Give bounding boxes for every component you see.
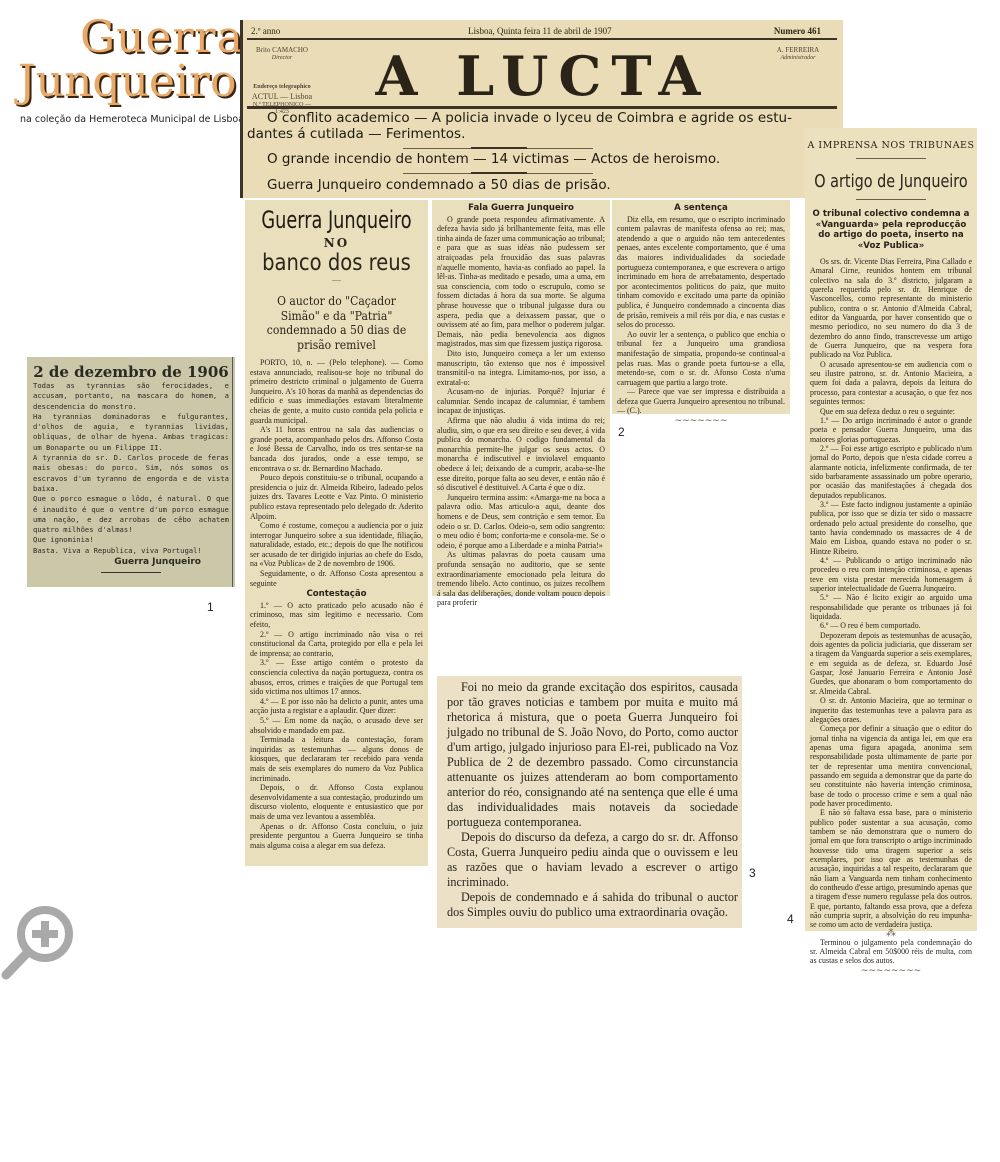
paragraph: Como é costume, começou a audiencia por … bbox=[250, 521, 423, 569]
director-name: Brito CAMACHO bbox=[249, 46, 315, 55]
clipping-2-title-banco: banco dos reus bbox=[242, 250, 432, 276]
paragraph: Acusam-no de injurias. Porquê? Injuriar … bbox=[437, 387, 605, 416]
paragraph: Afirma que não aludiu á vida intima do r… bbox=[437, 416, 605, 493]
clipping-2-column-1: Guerra Junqueiro NO banco dos reus — O a… bbox=[245, 200, 428, 866]
masthead-dateline-bar: 2.º anno Lisboa, Quinta feira 11 de abri… bbox=[243, 20, 843, 38]
paragraph: 5.º — Em nome da nação, o acusado deve s… bbox=[250, 716, 423, 735]
paragraph: O grande poeta respondeu afirmativamente… bbox=[437, 215, 605, 349]
divider: — bbox=[245, 276, 428, 284]
paragraph: A's 11 horas entrou na sala das audienci… bbox=[250, 425, 423, 473]
section-heading-fala: Fala Guerra Junqueiro bbox=[437, 204, 605, 214]
newspaper-number: Numero 461 bbox=[774, 26, 821, 36]
paragraph: Os srs. dr. Vicente Dias Ferreira, Pina … bbox=[810, 257, 972, 360]
clipping-3-article: Foi no meio da grande excitação dos espi… bbox=[437, 676, 742, 928]
divider bbox=[471, 172, 527, 174]
paragraph: 1.º — O acto praticado pelo acusado não … bbox=[250, 601, 423, 630]
paragraph: PORTO, 10, n. — (Pelo telephone). — Como… bbox=[250, 358, 423, 425]
divider: ∼∼∼∼∼∼∼ bbox=[617, 416, 785, 424]
divider bbox=[471, 147, 527, 149]
clipping-4-label: 4 bbox=[787, 912, 794, 926]
divider bbox=[856, 158, 926, 159]
paragraph: Dito isto, Junqueiro começa a ler um ext… bbox=[437, 349, 605, 387]
paragraph: Todas as tyrannias são ferocidades, e ac… bbox=[27, 381, 235, 412]
signature: Guerra Junqueiro bbox=[27, 557, 235, 567]
paragraph: Diz ella, em resumo, que o escripto incr… bbox=[617, 215, 785, 330]
section-heading-sentenca: A sentença bbox=[617, 204, 785, 214]
administrator-name: A. FERREIRA bbox=[763, 46, 833, 55]
paragraph: As ultimas palavras do poeta causam uma … bbox=[437, 550, 605, 608]
paragraph: Ao ouvir ler a sentença, o publico que e… bbox=[617, 330, 785, 388]
asterism: ⁂ bbox=[810, 930, 972, 938]
paragraph: Junqueiro termina assim: «Amarga-me na b… bbox=[437, 493, 605, 551]
paragraph: Começa por definir a situação que o edit… bbox=[810, 724, 972, 808]
collection-logo: Guerra Junqueiro na coleção da Hemerotec… bbox=[18, 12, 243, 132]
paragraph: Pouco depois constituiu-se o tribunal, o… bbox=[250, 473, 423, 521]
logo-subtitle: na coleção da Hemeroteca Municipal de Li… bbox=[20, 114, 244, 125]
zoom-in-icon bbox=[0, 905, 78, 983]
telegraph-address: ACTUL — Lisboa bbox=[249, 92, 315, 102]
headline-1a: O conflito academico — A policia invade … bbox=[267, 110, 792, 126]
clipping-4-kicker: A IMPRENSA NOS TRIBUNAES bbox=[805, 140, 977, 151]
paragraph: O sr. dr. Antonio Macieira, que ao termi… bbox=[810, 696, 972, 724]
paragraph: E não só faltava essa base, para o minis… bbox=[810, 808, 972, 929]
paragraph: 4.º — E por isso não ha delicto a punir,… bbox=[250, 697, 423, 716]
administrator-block: A. FERREIRA Administrador bbox=[763, 46, 833, 62]
paragraph: Terminada a leitura da contestação, fora… bbox=[250, 735, 423, 783]
clipping-1-voz-publica-article: 2 de dezembro de 1906 Todas as tyrannias… bbox=[27, 357, 235, 587]
paragraph: Que o porco esmague o lôdo, é natural. O… bbox=[27, 494, 235, 535]
newspaper-masthead: 2.º anno Lisboa, Quinta feira 11 de abri… bbox=[240, 20, 843, 198]
divider bbox=[101, 572, 161, 573]
paragraph: 2.º — Foi esse artigo escripto e publica… bbox=[810, 444, 972, 500]
logo-word-junqueiro: Junqueiro bbox=[18, 56, 236, 107]
paragraph: Depois, o dr. Affonso Costa explanou des… bbox=[250, 783, 423, 821]
paragraph: — Parece que vae ser impressa e distribu… bbox=[617, 387, 785, 416]
paragraph: Depozeram depois as testemunhas de acusa… bbox=[810, 631, 972, 696]
divider bbox=[247, 38, 837, 40]
paragraph: 3.º — Este facto indignou justamente a o… bbox=[810, 500, 972, 556]
column-rule bbox=[232, 357, 233, 587]
paragraph: Foi no meio da grande excitação dos espi… bbox=[447, 680, 738, 830]
headline-2: O grande incendio de hontem — 14 victima… bbox=[267, 151, 720, 167]
newspaper-year: 2.º anno bbox=[251, 26, 280, 36]
paragraph: Basta. Viva a Republica, viva Portugal! bbox=[27, 546, 235, 556]
paragraph: 4.º — Publicando o artigo incriminado nã… bbox=[810, 556, 972, 593]
zoom-in-button[interactable] bbox=[0, 905, 78, 983]
clipping-1-label: 1 bbox=[207, 600, 214, 614]
paragraph: Ha tyrannias dominadoras e fulgurantes, … bbox=[27, 412, 235, 453]
paragraph: Que em sua defeza deduz o reu o seguinte… bbox=[810, 407, 972, 416]
headline-3: Guerra Junqueiro condemnado a 50 dias de… bbox=[267, 177, 611, 193]
paragraph: Seguidamente, o dr. Affonso Costa aprese… bbox=[250, 569, 423, 588]
administrator-role: Administrador bbox=[763, 55, 833, 63]
clipping-3-label: 3 bbox=[749, 866, 756, 880]
paragraph: A tyrannia do sr. D. Carlos procede de f… bbox=[27, 453, 235, 494]
paragraph: O acusado apresentou-se em audiencia com… bbox=[810, 360, 972, 407]
paragraph: Apenas o dr. Affonso Costa concluiu, o j… bbox=[250, 822, 423, 851]
clipping-2-column-2: Fala Guerra Junqueiro O grande poeta res… bbox=[432, 200, 610, 596]
paragraph: Depois do discurso da defeza, a cargo do… bbox=[447, 830, 738, 890]
paragraph: 2.º — O artigo incriminado não visa o re… bbox=[250, 630, 423, 659]
newspaper-title: A LUCTA bbox=[363, 44, 723, 108]
newspaper-date: Lisboa, Quinta feira 11 de abril de 1907 bbox=[468, 26, 612, 36]
divider bbox=[247, 106, 837, 109]
paragraph: Depois de condemnado e á sahida do tribu… bbox=[447, 890, 738, 920]
clipping-2-title-no: NO bbox=[245, 236, 428, 250]
clipping-2-label: 2 bbox=[618, 425, 625, 439]
clipping-2-column-3: A sentença Diz ella, em resumo, que o es… bbox=[612, 200, 790, 414]
divider bbox=[856, 199, 926, 200]
section-heading-contestacao: Contestação bbox=[250, 590, 423, 600]
telegraph-label: Endereço telegraphico bbox=[249, 84, 315, 92]
clipping-1-title: 2 de dezembro de 1906 bbox=[27, 357, 235, 381]
divider: ∼∼∼∼∼∼∼∼ bbox=[810, 966, 972, 974]
paragraph: 1.º — Do artigo incriminado é autor o gr… bbox=[810, 416, 972, 444]
clipping-2-subtitle: O auctor do "Caçador Simão" e da "Patria… bbox=[254, 294, 419, 352]
director-role: Director bbox=[249, 55, 315, 63]
clipping-2-title: Guerra Junqueiro bbox=[245, 206, 428, 234]
paragraph: 3.º — Esse artigo contém o protesto da c… bbox=[250, 658, 423, 696]
paragraph: Que ignominia! bbox=[27, 535, 235, 545]
paragraph: 5.º — Não é licito exigir ao arguido uma… bbox=[810, 593, 972, 621]
clipping-4-subtitle: O tribunal colectivo condemna a «Vanguar… bbox=[805, 209, 977, 251]
headline-1b: dantes á cutilada — Ferimentos. bbox=[247, 126, 465, 142]
clipping-4-title: O artigo de Junqueiro bbox=[806, 171, 976, 192]
closing-paragraph: Terminou o julgamento pela condemnação d… bbox=[810, 938, 972, 966]
paragraph: 6.º — O reu é bem comportado. bbox=[810, 621, 972, 630]
clipping-4-article: A IMPRENSA NOS TRIBUNAES O artigo de Jun… bbox=[805, 128, 977, 931]
